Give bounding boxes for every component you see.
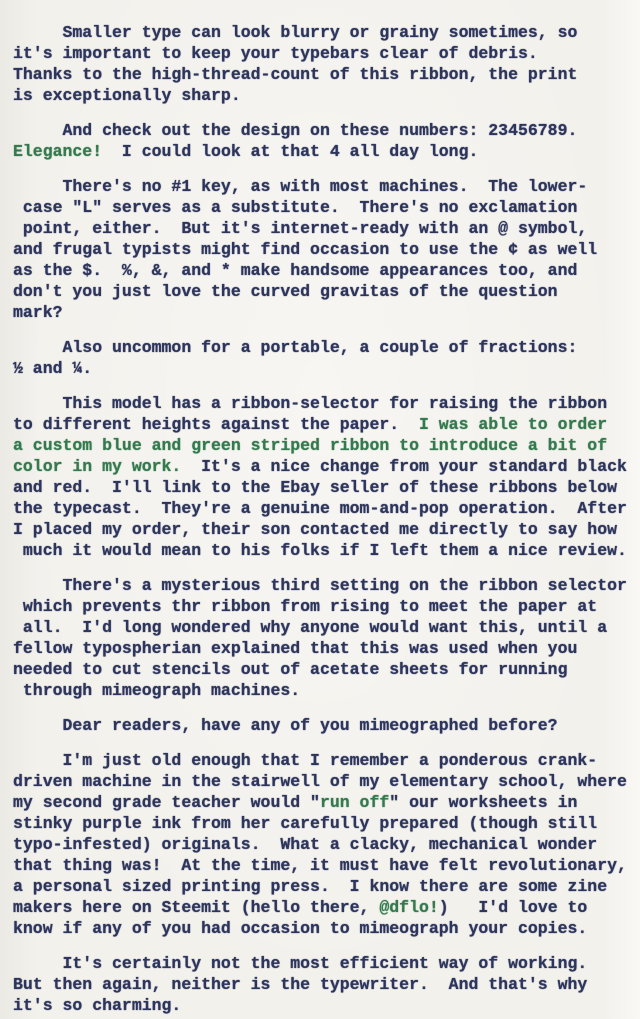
typed-line: point, either. But it's internet-ready w… [13,218,632,239]
typed-line: a personal sized printing press. I know … [13,876,632,897]
typed-line: stinky purple ink from her carefully pre… [13,813,632,834]
typed-line: There's a mysterious third setting on th… [13,575,632,596]
text-segment: ½ and ¼. [13,359,92,378]
text-segment: it's so charming. [13,996,181,1015]
text-segment: which prevents thr ribbon from rising to… [13,597,597,616]
typed-line: and red. I'll link to the Ebay seller of… [13,477,632,498]
typed-line: which prevents thr ribbon from rising to… [13,596,632,617]
text-segment: I placed my order, their son contacted m… [13,520,617,539]
typed-line: don't you just love the curved gravitas … [13,281,632,302]
text-segment: it's important to keep your typebars cle… [13,44,538,63]
text-segment: to different heights against the paper. [13,415,419,434]
text-segment: It's a nice change from your standard bl… [181,457,627,476]
typed-line: But then again, neither is the typewrite… [13,974,632,995]
text-segment: all. I'd long wondered why anyone would … [13,618,607,637]
text-segment: needed to cut stencils out of acetate sh… [13,660,568,679]
text-segment: It's certainly not the most efficient wa… [13,954,587,973]
text-segment: stinky purple ink from her carefully pre… [13,814,597,833]
typed-line: mark? [13,302,632,323]
paragraph: Dear readers, have any of you mimeograph… [13,715,632,736]
text-segment: Elegance! [13,142,102,161]
text-segment: know if any of you had occasion to mimeo… [13,919,587,938]
typed-line: as the $. %, &, and * make handsome appe… [13,260,632,281]
text-segment: typo-infested) originals. What a clacky,… [13,835,597,854]
typed-line: that thing was! At the time, it must hav… [13,855,632,876]
typed-line: fellow typospherian explained that this … [13,638,632,659]
text-segment: Smaller type can look blurry or grainy s… [13,23,577,42]
text-segment: much it would mean to his folks if I lef… [13,541,627,560]
text-segment: There's a mysterious third setting on th… [13,576,627,595]
paragraph: Also uncommon for a portable, a couple o… [13,337,632,379]
typed-line: color in my work. It's a nice change fro… [13,456,632,477]
text-segment: case "L" serves as a substitute. There's… [13,198,577,217]
typed-line: Smaller type can look blurry or grainy s… [13,22,632,43]
typed-line: Also uncommon for a portable, a couple o… [13,337,632,358]
text-segment: as the $. %, &, and * make handsome appe… [13,261,577,280]
text-segment: I could look at that 4 all day long. [102,142,478,161]
typed-line: case "L" serves as a substitute. There's… [13,197,632,218]
text-segment: a personal sized printing press. I know … [13,877,607,896]
typed-line: typo-infested) originals. What a clacky,… [13,834,632,855]
typed-line: Thanks to the high-thread-count of this … [13,64,632,85]
typed-line: much it would mean to his folks if I lef… [13,540,632,561]
typed-line: it's so charming. [13,995,632,1016]
typed-line: It's certainly not the most efficient wa… [13,953,632,974]
typed-line: makers here on Steemit (hello there, @df… [13,897,632,918]
paragraph: There's no #1 key, as with most machines… [13,176,632,323]
text-segment: and red. I'll link to the Ebay seller of… [13,478,617,497]
text-segment: But then again, neither is the typewrite… [13,975,587,994]
text-segment: don't you just love the curved gravitas … [13,282,558,301]
typed-line: ½ and ¼. [13,358,632,379]
typed-line: to different heights against the paper. … [13,414,632,435]
text-segment: the typecast. They're a genuine mom-and-… [13,499,627,518]
text-segment: There's no #1 key, as with most machines… [13,177,587,196]
text-segment: ) I'd love to [439,898,588,917]
paragraph: It's certainly not the most efficient wa… [13,953,632,1016]
typed-line: needed to cut stencils out of acetate sh… [13,659,632,680]
typewritten-page: Smaller type can look blurry or grainy s… [0,0,640,1019]
text-segment: driven machine in the stairwell of my el… [13,772,627,791]
typed-line: the typecast. They're a genuine mom-and-… [13,498,632,519]
text-segment: point, either. But it's internet-ready w… [13,219,587,238]
text-segment: color in my work. [13,457,181,476]
text-segment: and frugal typists might find occasion t… [13,240,597,259]
text-segment: fellow typospherian explained that this … [13,639,577,658]
text-segment: mark? [13,303,63,322]
text-segment: @dflo! [379,898,438,917]
typed-line: This model has a ribbon-selector for rai… [13,393,632,414]
paragraph: There's a mysterious third setting on th… [13,575,632,701]
paragraph: This model has a ribbon-selector for rai… [13,393,632,561]
text-segment: that thing was! At the time, it must hav… [13,856,627,875]
typed-line: Elegance! I could look at that 4 all day… [13,141,632,162]
typed-line: There's no #1 key, as with most machines… [13,176,632,197]
text-segment: I was able to order [419,415,607,434]
typed-line: I'm just old enough that I remember a po… [13,750,632,771]
text-segment: And check out the design on these number… [13,121,577,140]
text-segment: run off [320,793,389,812]
text-segment: Dear readers, have any of you mimeograph… [13,716,558,735]
paragraph: And check out the design on these number… [13,120,632,162]
typed-line: I placed my order, their son contacted m… [13,519,632,540]
text-segment: I'm just old enough that I remember a po… [13,751,597,770]
text-segment: through mimeograph machines. [13,681,300,700]
typed-line: And check out the design on these number… [13,120,632,141]
text-segment: This model has a ribbon-selector for rai… [13,394,607,413]
paragraph: Smaller type can look blurry or grainy s… [13,22,632,106]
typed-line: it's important to keep your typebars cle… [13,43,632,64]
text-segment: " our worksheets in [389,793,577,812]
typed-line: my second grade teacher would "run off" … [13,792,632,813]
typed-line: Dear readers, have any of you mimeograph… [13,715,632,736]
text-segment: Also uncommon for a portable, a couple o… [13,338,577,357]
typed-line: is exceptionally sharp. [13,85,632,106]
text-segment: a custom blue and green striped ribbon t… [13,436,607,455]
text-segment: makers here on Steemit (hello there, [13,898,379,917]
typed-line: through mimeograph machines. [13,680,632,701]
paragraph: I'm just old enough that I remember a po… [13,750,632,939]
text-segment: is exceptionally sharp. [13,86,241,105]
typed-text: Smaller type can look blurry or grainy s… [13,22,632,1016]
typed-line: a custom blue and green striped ribbon t… [13,435,632,456]
typed-line: all. I'd long wondered why anyone would … [13,617,632,638]
typed-line: and frugal typists might find occasion t… [13,239,632,260]
text-segment: Thanks to the high-thread-count of this … [13,65,577,84]
text-segment: my second grade teacher would " [13,793,320,812]
typed-line: know if any of you had occasion to mimeo… [13,918,632,939]
typed-line: driven machine in the stairwell of my el… [13,771,632,792]
